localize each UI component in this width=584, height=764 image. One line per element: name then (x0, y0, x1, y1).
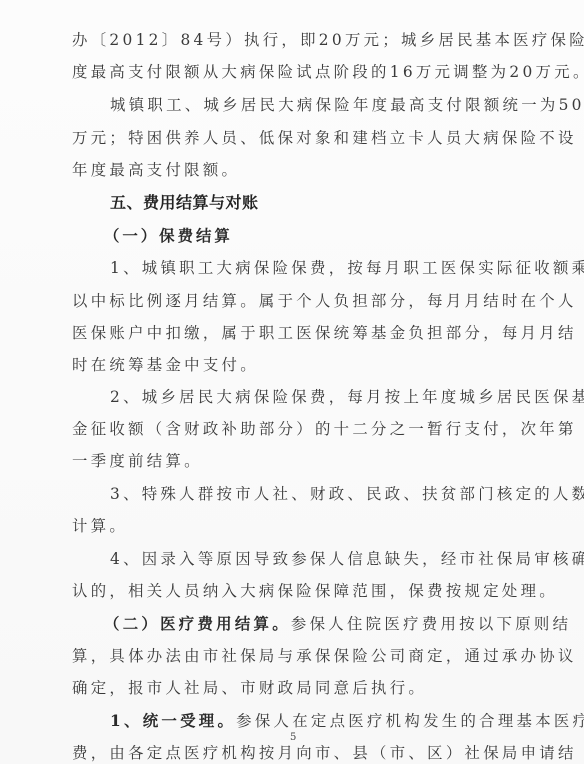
item-line: 计算。 (72, 515, 512, 537)
item-line: 认的，相关人员纳入大病保险保障范围，保费按规定处理。 (72, 580, 512, 602)
item-line: 2、城乡居民大病保险保费，每月按上年度城乡居民医保基 (110, 386, 550, 408)
item-line: 以中标比例逐月结算。属于个人负担部分，每月月结时在个人 (72, 290, 512, 312)
paragraph-line: 算，具体办法由市社保局与承保保险公司商定，通过承办协议 (72, 645, 512, 667)
item-line: 3、特殊人群按市人社、财政、民政、扶贫部门核定的人数 (110, 483, 550, 505)
item-text: 参保人在定点医疗机构发生的合理基本医疗 (236, 712, 584, 730)
paragraph-line: 度最高支付限额从大病保险试点阶段的16万元调整为20万元。 (72, 61, 512, 83)
item-paragraph: 1、统一受理。参保人在定点医疗机构发生的合理基本医疗 (110, 710, 550, 732)
item-line: 医保账户中扣缴，属于职工医保统筹基金负担部分，每月月结 (72, 322, 512, 344)
paragraph-line: 确定，报市人社局、市财政局同意后执行。 (72, 677, 512, 699)
subsection-paragraph: （二）医疗费用结算。参保人住院医疗费用按以下原则结 (104, 613, 544, 635)
section-heading: 五、费用结算与对账 (110, 192, 550, 214)
paragraph-line: 费，由各定点医疗机构按月向市、县（市、区）社保局申请结 (72, 742, 512, 764)
item-line: 金征收额（含财政补助部分）的十二分之一暂行支付，次年第 (72, 418, 512, 440)
paragraph-line: 办〔2012〕84号）执行，即20万元；城乡居民基本医疗保险年 (72, 29, 512, 51)
document-page: 办〔2012〕84号）执行，即20万元；城乡居民基本医疗保险年 度最高支付限额从… (0, 0, 584, 764)
item-line: 4、因录入等原因导致参保人信息缺失，经市社保局审核确 (110, 548, 550, 570)
paragraph-line: 城镇职工、城乡居民大病保险年度最高支付限额统一为50 (110, 94, 550, 116)
subsection-heading: （二）医疗费用结算。 (104, 615, 291, 633)
item-line: 时在统筹基金中支付。 (72, 354, 512, 376)
item-line: 一季度前结算。 (72, 450, 512, 472)
paragraph-line: 年度最高支付限额。 (72, 159, 512, 181)
item-heading: 1、统一受理。 (110, 712, 236, 730)
item-line: 1、城镇职工大病保险保费，按每月职工医保实际征收额乘 (110, 257, 550, 279)
page-number: 5 (290, 732, 296, 743)
subsection-heading: （一）保费结算 (104, 225, 544, 247)
paragraph-line: 万元；特困供养人员、低保对象和建档立卡人员大病保险不设 (72, 127, 512, 149)
subsection-text: 参保人住院医疗费用按以下原则结 (291, 615, 571, 633)
